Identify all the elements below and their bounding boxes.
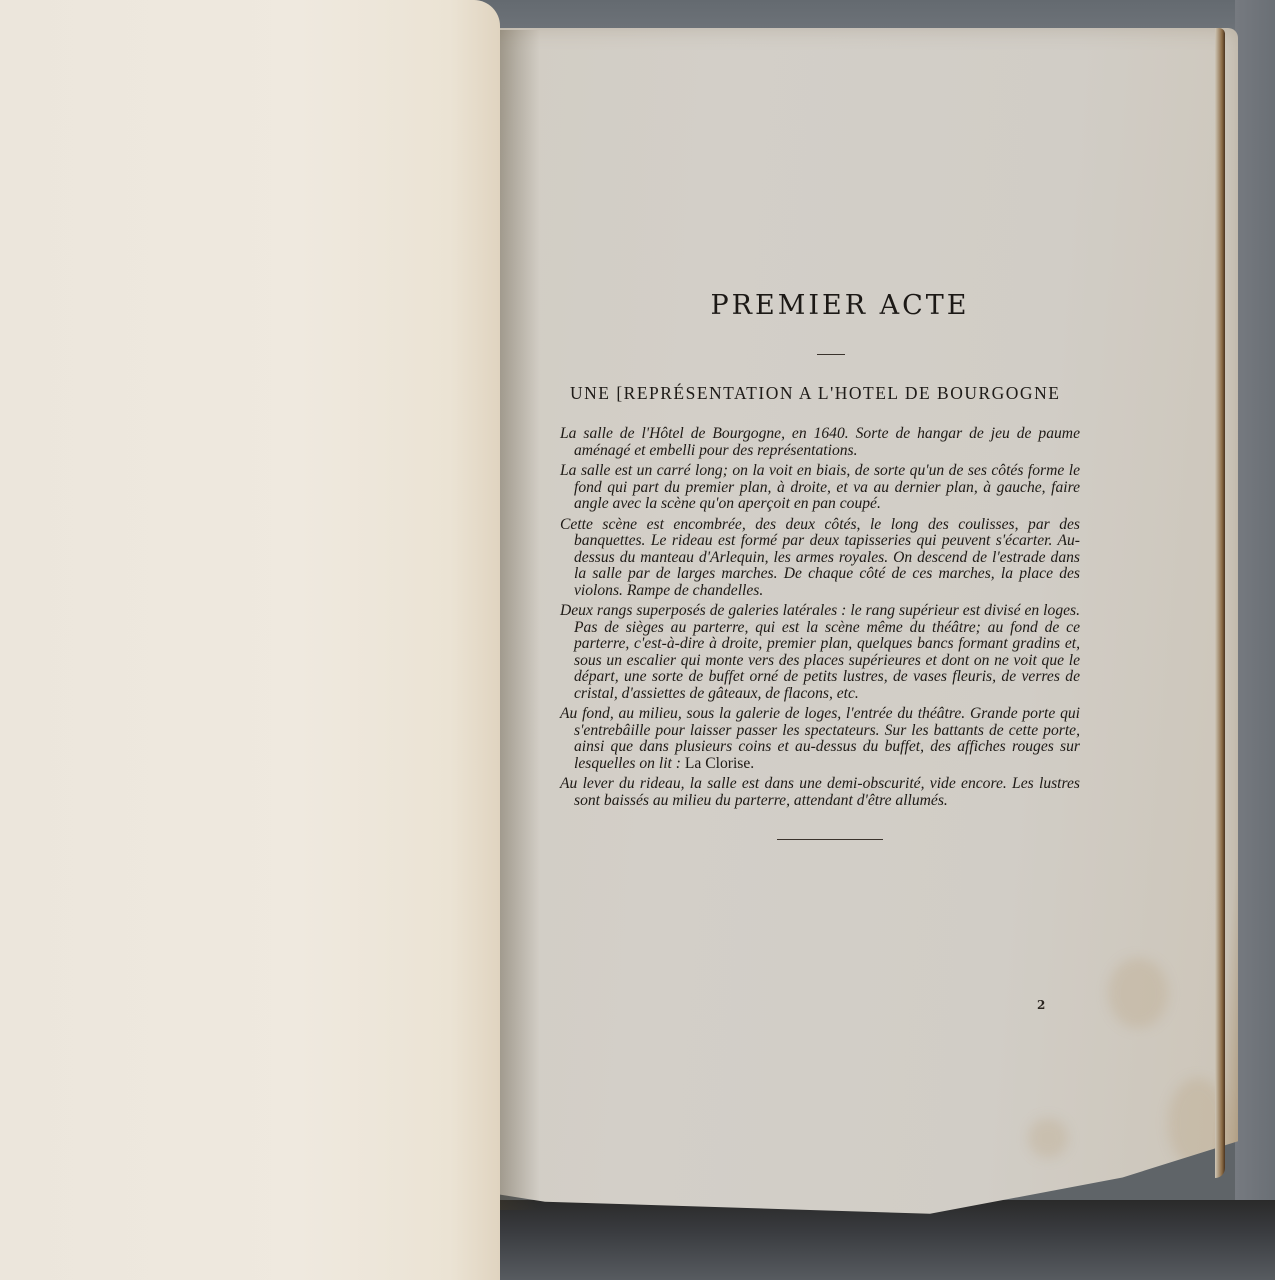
page-edge: [1215, 28, 1225, 1178]
foxing-stain: [1028, 1118, 1068, 1158]
stage-direction-paragraph: Au fond, au milieu, sous la galerie de l…: [560, 706, 1080, 772]
foxing-stain: [1108, 958, 1168, 1028]
left-page-blank: [0, 0, 500, 1280]
act-title: PREMIER ACTE: [600, 290, 1080, 321]
paragraph-text: Au fond, au milieu, sous la galerie de l…: [560, 705, 1080, 772]
stage-direction-paragraph: Cette scène est encombrée, des deux côté…: [560, 517, 1080, 600]
stage-directions: La salle de l'Hôtel de Bourgogne, en 164…: [560, 426, 1080, 809]
stage-direction-paragraph: Deux rangs superposés de galeries latéra…: [560, 603, 1080, 702]
table-surface-bottom: [450, 1200, 1275, 1280]
scene-title: UNE [REPRÉSENTATION A L'HOTEL DE BOURGOG…: [570, 383, 1080, 404]
stage-direction-paragraph: La salle de l'Hôtel de Bourgogne, en 164…: [560, 426, 1080, 459]
stage-direction-paragraph: La salle est un carré long; on la voit e…: [560, 463, 1080, 513]
table-surface-right: [1235, 0, 1275, 1280]
divider-short: [817, 354, 845, 355]
book-photo: PREMIER ACTE UNE [REPRÉSENTATION A L'HOT…: [0, 0, 1275, 1280]
page-number: 2: [1037, 998, 1045, 1012]
play-title-on-poster: La Clorise.: [685, 755, 754, 772]
stage-direction-paragraph: Au lever du rideau, la salle est dans un…: [560, 776, 1080, 809]
gutter-shadow: [500, 30, 540, 1210]
divider-long: [777, 839, 883, 840]
page-text: PREMIER ACTE UNE [REPRÉSENTATION A L'HOT…: [560, 290, 1080, 840]
